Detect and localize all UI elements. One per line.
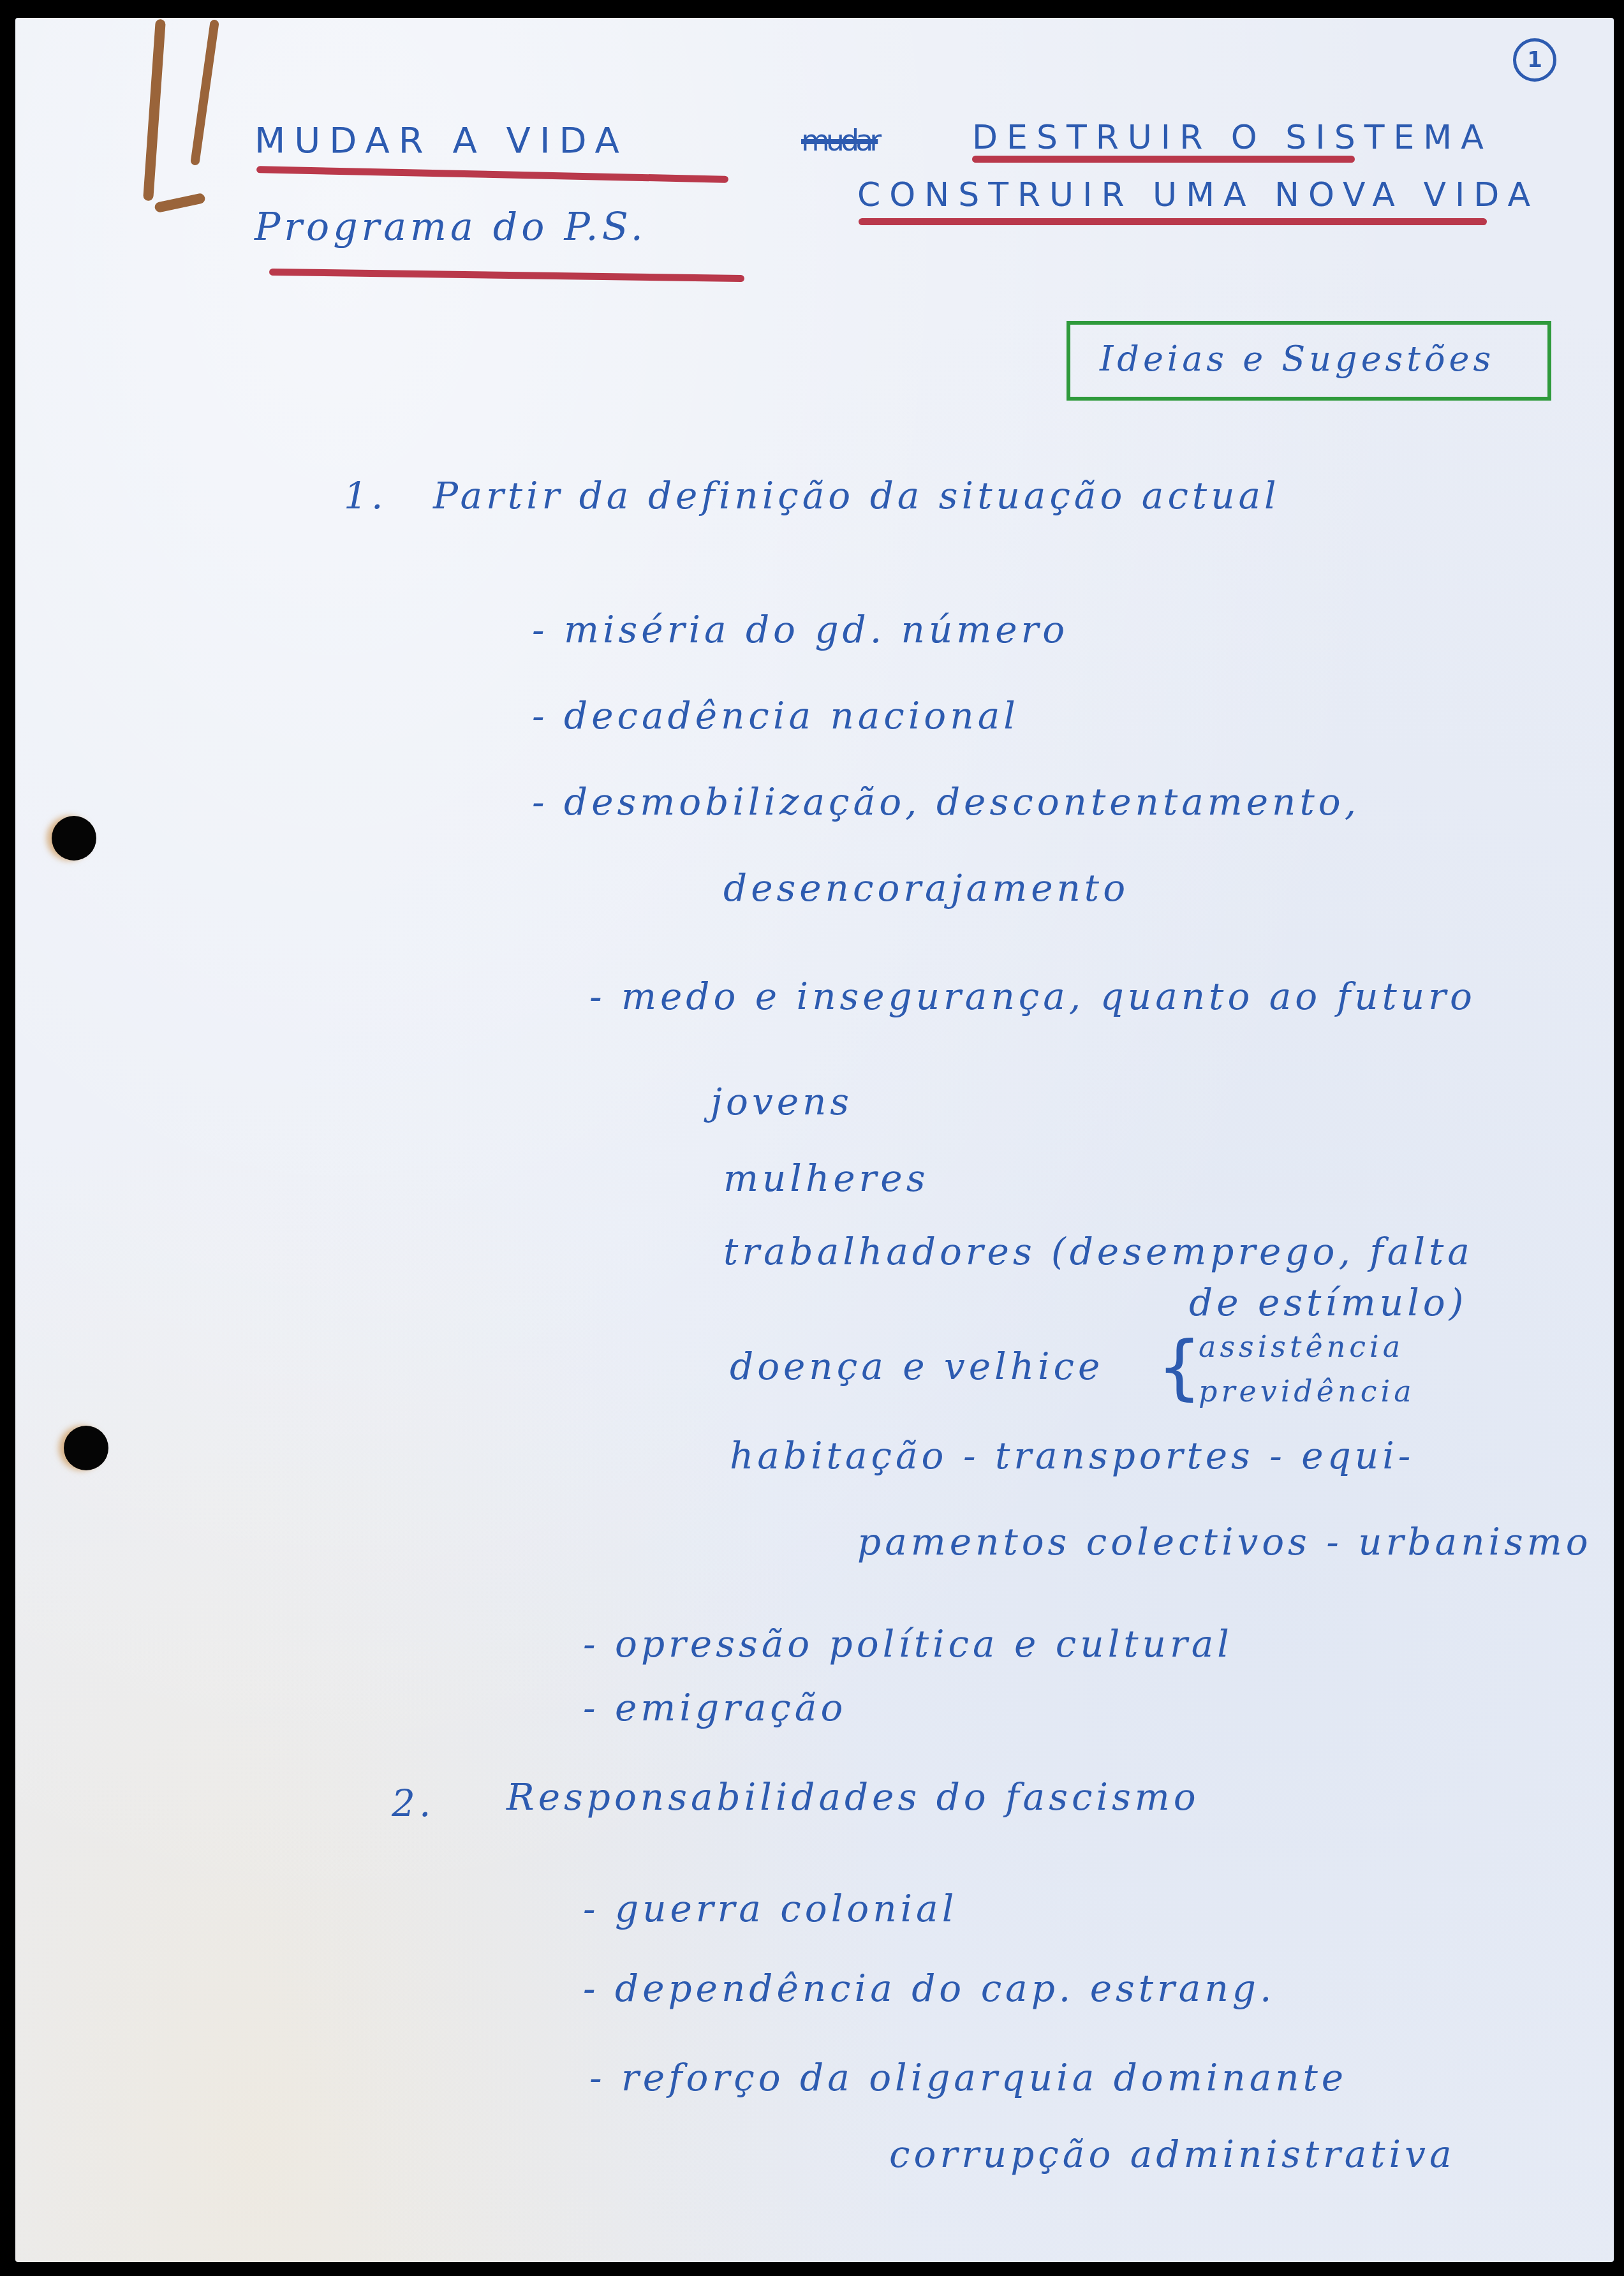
page-number: 1: [1513, 38, 1556, 82]
section1-heading: Partir da definição da situação actual: [433, 477, 1280, 514]
brace-item: assistência: [1199, 1332, 1404, 1361]
habitat-line-continued: pamentos colectivos - urbanismo: [857, 1523, 1592, 1560]
section1-number: 1.: [344, 477, 387, 514]
title-underline: [256, 166, 728, 182]
header-right-line1: DESTRUIR O SISTEMA: [972, 121, 1493, 154]
section1-item-continued: desencorajamento: [723, 869, 1129, 906]
section2-item: - reforço da oligarquia dominante: [589, 2059, 1347, 2096]
page-number-text: 1: [1527, 47, 1542, 73]
section1-item: - emigração: [583, 1689, 846, 1726]
handwritten-page: 1 MUDAR A VIDA Programa do P.S. mudar DE…: [15, 18, 1614, 2262]
section1-item: - desmobilização, descontentamento,: [532, 783, 1360, 820]
ideas-box-label: Ideias e Sugestões: [1100, 342, 1495, 376]
header-subtitle: Programa do P.S.: [255, 208, 647, 246]
paperclip-stain: [143, 19, 166, 201]
group-item: doença e velhice: [730, 1348, 1104, 1385]
brace-item: previdência: [1199, 1377, 1415, 1406]
header-right-line2: CONSTRUIR UMA NOVA VIDA: [857, 179, 1539, 212]
section1-item: - medo e insegurança, quanto ao futuro: [589, 978, 1476, 1015]
section1-item: - decadência nacional: [532, 697, 1019, 734]
section2-number: 2.: [392, 1785, 434, 1822]
group-item: trabalhadores (desemprego, falta: [723, 1233, 1473, 1270]
section1-item: - miséria do gd. número: [532, 611, 1068, 648]
section2-item-continued: corrupção administrativa: [889, 2136, 1456, 2173]
group-item-continued: de estímulo): [1189, 1284, 1467, 1321]
group-item: mulheres: [723, 1160, 929, 1197]
group-item: jovens: [711, 1083, 853, 1120]
subtitle-underline: [269, 269, 744, 282]
header-title: MUDAR A VIDA: [255, 123, 628, 159]
paperclip-stain: [154, 193, 206, 213]
brace-symbol: {: [1157, 1332, 1202, 1402]
section2-heading: Responsabilidades do fascismo: [506, 1778, 1200, 1815]
section1-item: - opressão política e cultural: [583, 1625, 1233, 1662]
right-line2-underline: [859, 218, 1487, 225]
struck-out-word: mudar: [801, 123, 878, 158]
punch-hole: [52, 816, 96, 861]
right-line1-underline: [972, 156, 1355, 163]
paperclip-stain: [190, 19, 219, 166]
section2-item: - guerra colonial: [583, 1890, 957, 1927]
habitat-line: habitação - transportes - equi-: [730, 1437, 1414, 1474]
section2-item: - dependência do cap. estrang.: [583, 1970, 1275, 2007]
punch-hole: [64, 1426, 108, 1470]
